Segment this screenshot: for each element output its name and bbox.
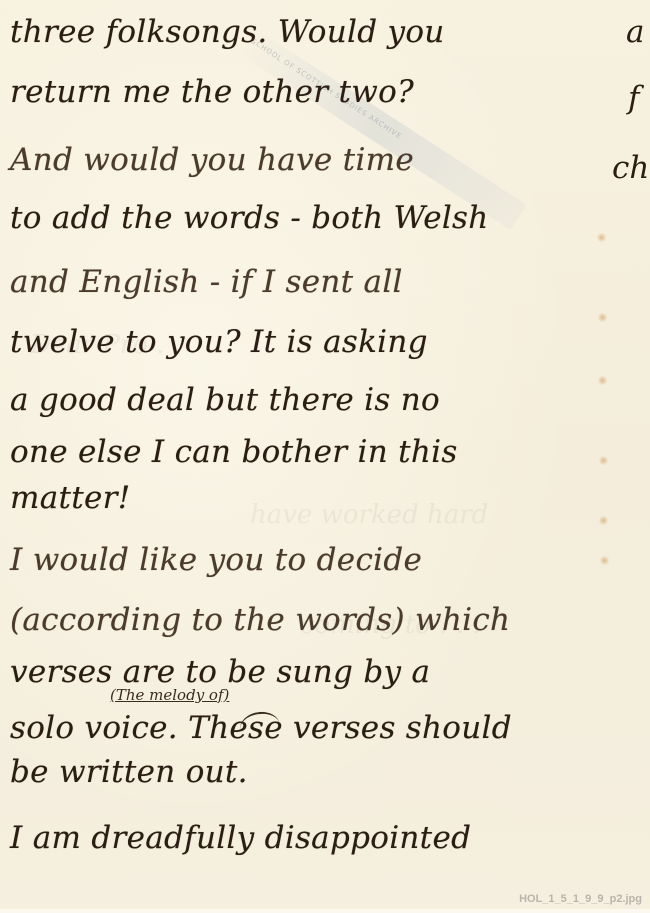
handwritten-line: one else I can bother in this <box>10 432 458 472</box>
letter-page: Dear Pro . . . have worked hard coming t… <box>0 0 650 913</box>
foxing-spot <box>598 312 607 323</box>
handwritten-line: three folksongs. Would you <box>10 12 445 52</box>
filename-watermark: HOL_1_5_1_9_9_p2.jpg <box>519 893 642 905</box>
handwritten-line: I would like you to decide <box>10 540 422 580</box>
handwritten-line: a good deal but there is no <box>10 380 440 420</box>
handwritten-line: I am dreadfully disappointed <box>10 818 471 858</box>
foxing-spot <box>598 375 607 386</box>
interlinear-insertion: (The melody of) <box>110 686 229 704</box>
margin-fragment: ch <box>612 148 649 188</box>
handwritten-line: be written out. <box>10 752 248 792</box>
bleed-through-text: have worked hard <box>250 500 488 530</box>
handwritten-line: return me the other two? <box>10 72 414 112</box>
handwritten-line: and English - if I sent all <box>10 262 403 302</box>
handwritten-line: matter! <box>10 478 131 518</box>
handwritten-line: And would you have time <box>10 140 414 180</box>
foxing-spot <box>600 555 609 566</box>
margin-fragment: f <box>628 78 639 118</box>
foxing-spot <box>597 232 606 243</box>
foxing-spot <box>599 455 608 466</box>
handwritten-line: to add the words - both Welsh <box>10 198 489 238</box>
margin-fragment: a <box>626 12 644 52</box>
handwritten-line: twelve to you? It is asking <box>10 322 428 362</box>
handwritten-line: (according to the words) which <box>10 600 510 640</box>
foxing-spot <box>599 515 608 526</box>
handwritten-line: solo voice. These verses should <box>10 708 512 748</box>
scan-edge <box>0 909 650 913</box>
